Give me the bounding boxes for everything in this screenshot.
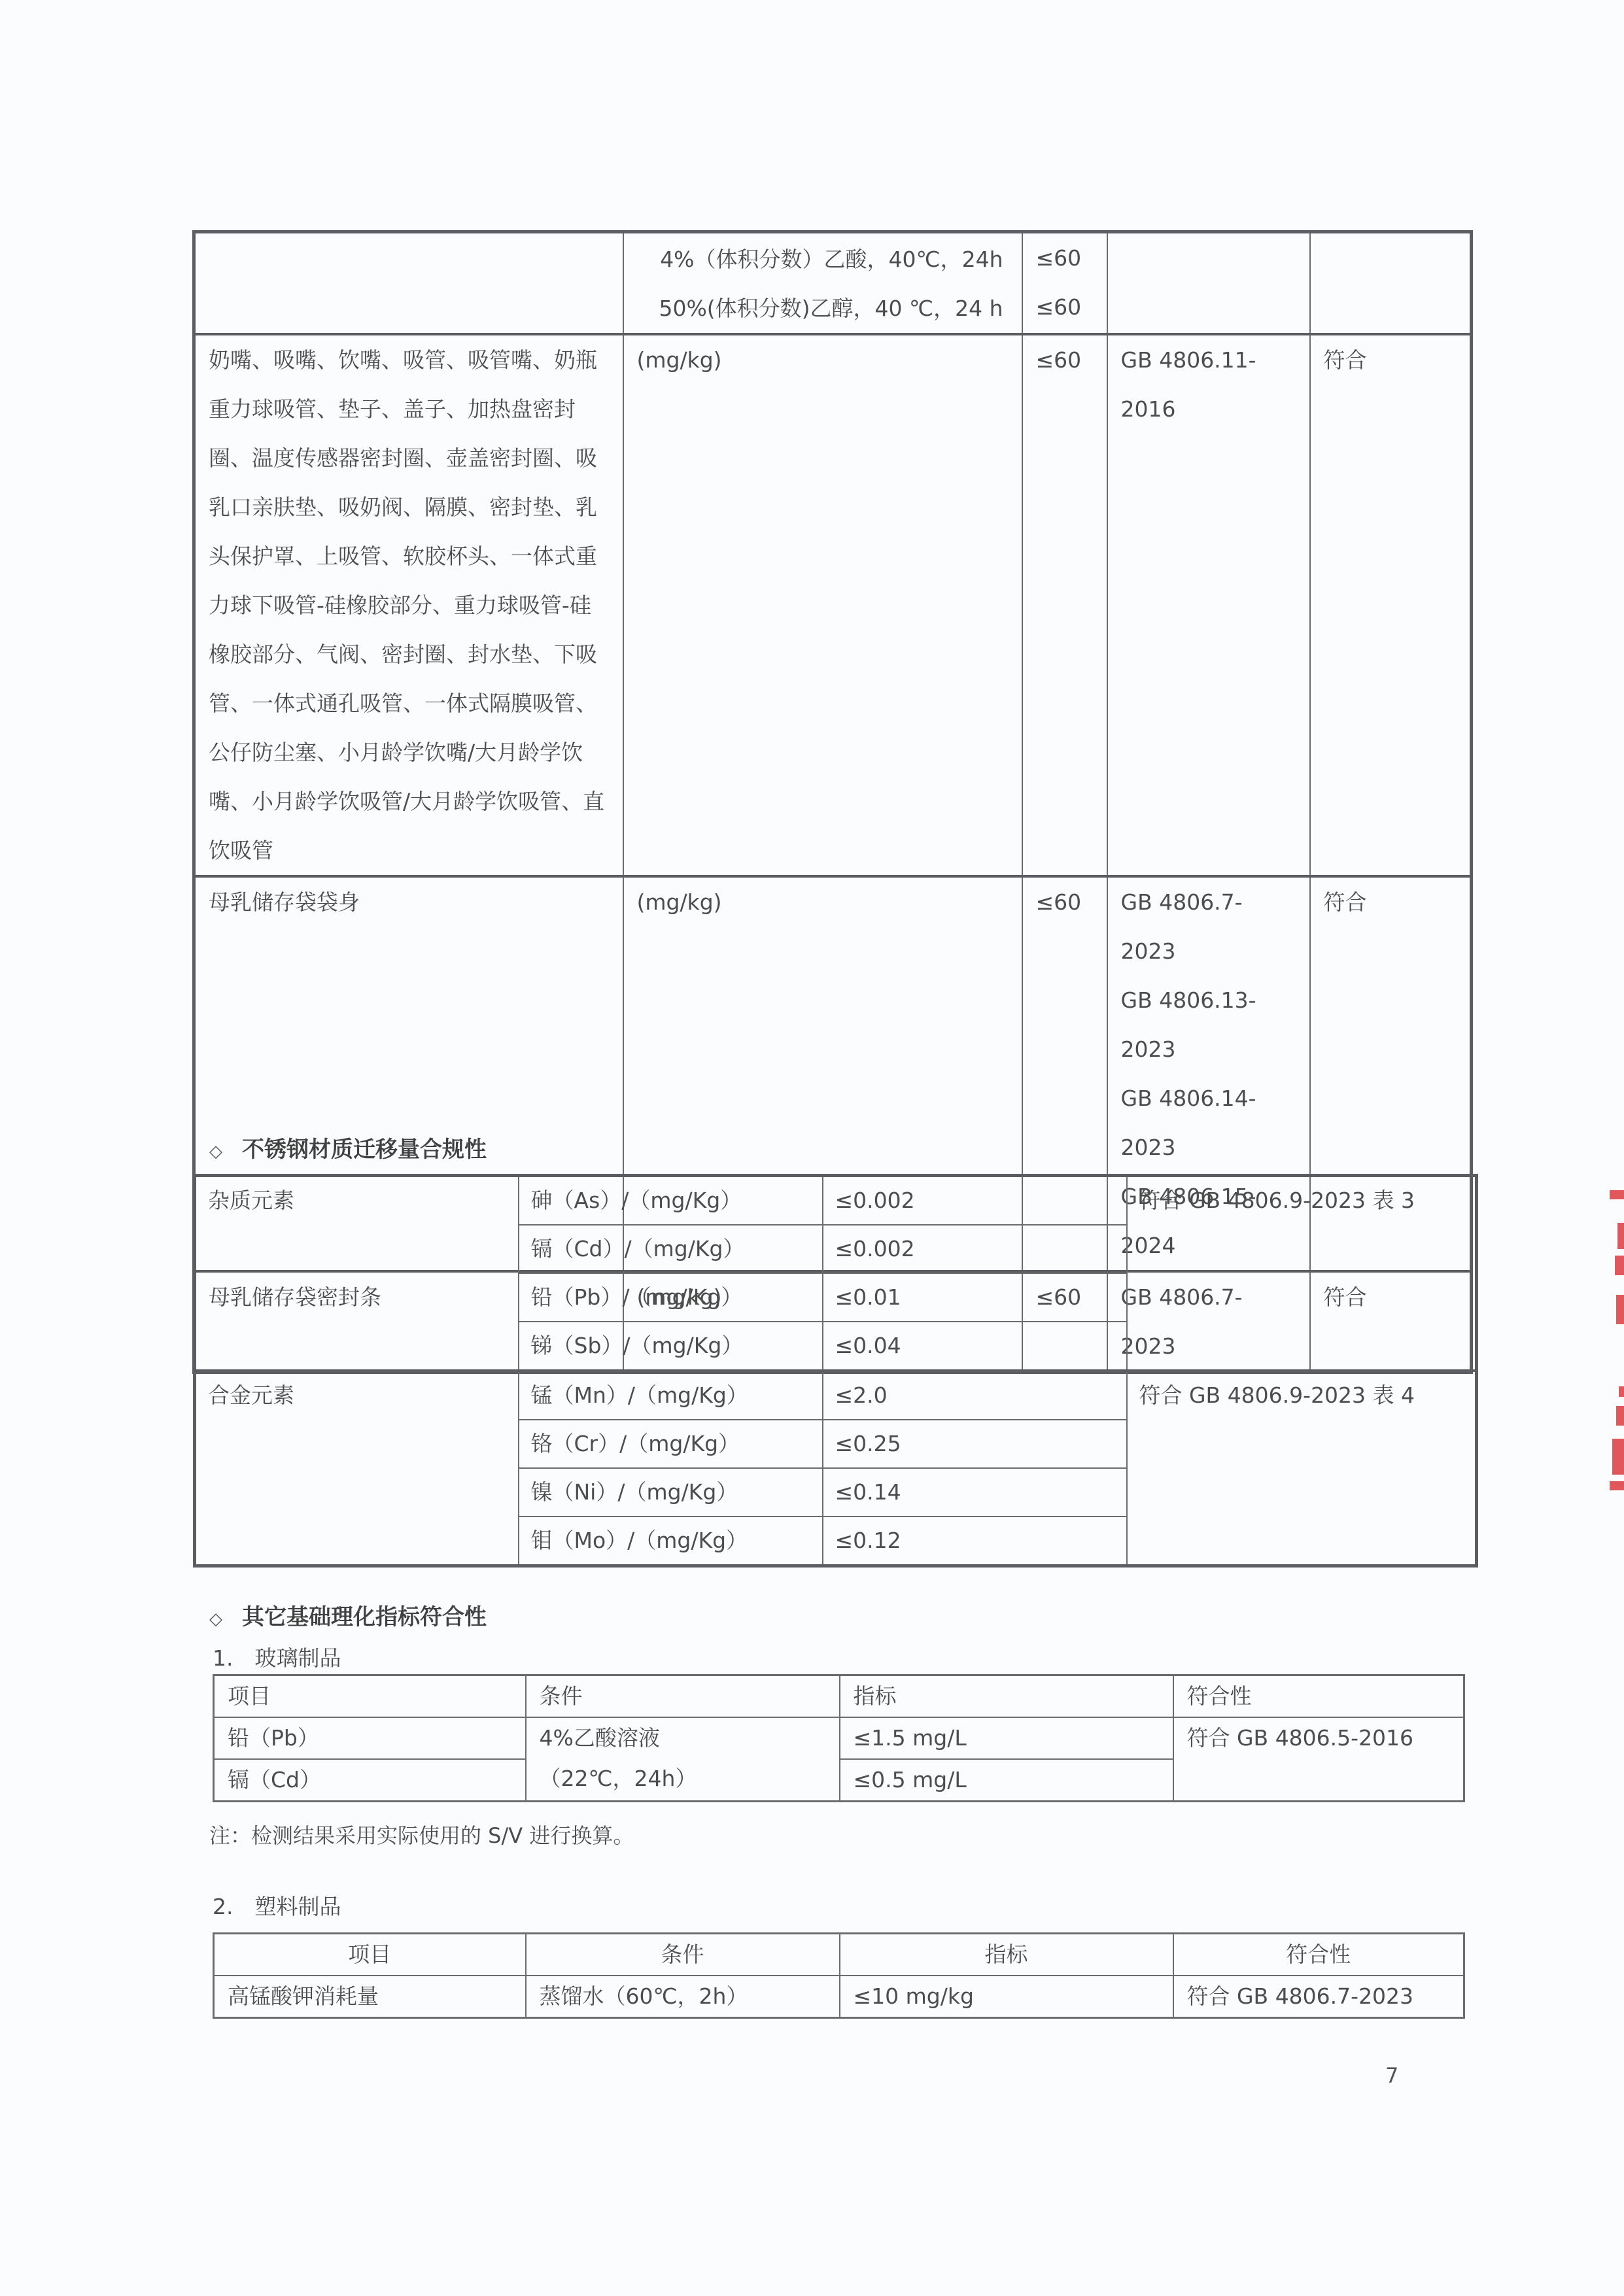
glass-table: 项目 条件 指标 符合性 铅（Pb） 4%乙酸溶液 （22℃，24h） ≤1.5… bbox=[213, 1674, 1465, 1802]
limit-cell: ≤0.12 bbox=[823, 1516, 1127, 1566]
table-row: 高锰酸钾消耗量 蒸馏水（60℃，2h） ≤10 mg/kg 符合 GB 4806… bbox=[214, 1976, 1464, 2018]
group-name-cell: 杂质元素 bbox=[195, 1176, 519, 1371]
condition-cell: 4%（体积分数）乙酸，40℃，24h 50%(体积分数)乙醇，40 ℃，24 h bbox=[623, 232, 1022, 335]
standard-cell bbox=[1107, 232, 1310, 335]
table-header-row: 项目 条件 指标 符合性 bbox=[214, 1934, 1464, 1976]
table-row: 杂质元素 砷（As）/（mg/Kg） ≤0.002 符合 GB 4806.9-2… bbox=[195, 1176, 1477, 1225]
table-row: 铅（Pb） 4%乙酸溶液 （22℃，24h） ≤1.5 mg/L 符合 GB 4… bbox=[214, 1717, 1464, 1759]
diamond-bullet-icon: ◇ bbox=[209, 1609, 222, 1629]
item-cell: 镉（Cd） bbox=[214, 1759, 526, 1802]
limit-cell: ≤0.5 mg/L bbox=[840, 1759, 1173, 1802]
diamond-bullet-icon: ◇ bbox=[209, 1142, 222, 1161]
item-cell: 奶嘴、吸嘴、饮嘴、吸管、吸管嘴、奶瓶重力球吸管、垫子、盖子、加热盘密封圈、温度传… bbox=[194, 334, 623, 876]
element-cell: 铅（Pb）/（mg/Kg） bbox=[519, 1273, 823, 1322]
limit-cell: ≤1.5 mg/L bbox=[840, 1717, 1173, 1759]
limit-cell: ≤60 ≤60 bbox=[1022, 232, 1107, 335]
compliance-cell: 符合 GB 4806.9-2023 表 3 bbox=[1127, 1176, 1477, 1371]
plastic-heading: 2. 塑料制品 bbox=[213, 1890, 341, 1921]
element-cell: 锰（Mn）/（mg/Kg） bbox=[519, 1371, 823, 1420]
element-cell: 镍（Ni）/（mg/Kg） bbox=[519, 1468, 823, 1516]
limit-cell: ≤0.002 bbox=[823, 1176, 1127, 1225]
compliance-cell: 符合 GB 4806.7-2023 bbox=[1173, 1976, 1464, 2018]
limit-cell: ≤0.04 bbox=[823, 1322, 1127, 1371]
page-number: 7 bbox=[1385, 2063, 1398, 2088]
condition-cell: (mg/kg) bbox=[623, 334, 1022, 876]
limit-cell: ≤0.01 bbox=[823, 1273, 1127, 1322]
header-condition: 条件 bbox=[526, 1675, 840, 1718]
result-cell bbox=[1310, 232, 1472, 335]
header-compliance: 符合性 bbox=[1173, 1934, 1464, 1976]
plastic-table: 项目 条件 指标 符合性 高锰酸钾消耗量 蒸馏水（60℃，2h） ≤10 mg/… bbox=[213, 1932, 1465, 2019]
compliance-cell: 符合 GB 4806.9-2023 表 4 bbox=[1127, 1371, 1477, 1566]
element-cell: 钼（Mo）/（mg/Kg） bbox=[519, 1516, 823, 1566]
header-compliance: 符合性 bbox=[1173, 1675, 1464, 1718]
other-section-heading: ◇其它基础理化指标符合性 bbox=[209, 1599, 487, 1631]
red-seal-stamp bbox=[1604, 1190, 1624, 1504]
glass-heading: 1. 玻璃制品 bbox=[213, 1641, 341, 1672]
table-header-row: 项目 条件 指标 符合性 bbox=[214, 1675, 1464, 1718]
stainless-section-heading: ◇不锈钢材质迁移量合规性 bbox=[209, 1131, 487, 1163]
limit-cell: ≤2.0 bbox=[823, 1371, 1127, 1420]
header-condition: 条件 bbox=[526, 1934, 840, 1976]
compliance-cell: 符合 GB 4806.5-2016 bbox=[1173, 1717, 1464, 1802]
item-cell: 铅（Pb） bbox=[214, 1717, 526, 1759]
table-row: 4%（体积分数）乙酸，40℃，24h 50%(体积分数)乙醇，40 ℃，24 h… bbox=[194, 232, 1472, 335]
item-cell bbox=[194, 232, 623, 335]
condition-cell: 4%乙酸溶液 （22℃，24h） bbox=[526, 1717, 840, 1802]
condition-cell: 蒸馏水（60℃，2h） bbox=[526, 1976, 840, 2018]
limit-cell: ≤0.14 bbox=[823, 1468, 1127, 1516]
table-row: 奶嘴、吸嘴、饮嘴、吸管、吸管嘴、奶瓶重力球吸管、垫子、盖子、加热盘密封圈、温度传… bbox=[194, 334, 1472, 876]
result-cell: 符合 bbox=[1310, 334, 1472, 876]
table-row: 合金元素 锰（Mn）/（mg/Kg） ≤2.0 符合 GB 4806.9-202… bbox=[195, 1371, 1477, 1420]
header-limit: 指标 bbox=[840, 1675, 1173, 1718]
header-item: 项目 bbox=[214, 1675, 526, 1718]
item-cell: 高锰酸钾消耗量 bbox=[214, 1976, 526, 2018]
element-cell: 砷（As）/（mg/Kg） bbox=[519, 1176, 823, 1225]
standard-cell: GB 4806.11-2016 bbox=[1107, 334, 1310, 876]
group-name-cell: 合金元素 bbox=[195, 1371, 519, 1566]
element-cell: 锑（Sb）/（mg/Kg） bbox=[519, 1322, 823, 1371]
element-cell: 镉（Cd）/（mg/Kg） bbox=[519, 1225, 823, 1273]
stainless-steel-table: 杂质元素 砷（As）/（mg/Kg） ≤0.002 符合 GB 4806.9-2… bbox=[193, 1174, 1478, 1568]
header-limit: 指标 bbox=[840, 1934, 1173, 1976]
glass-note: 注：检测结果采用实际使用的 S/V 进行换算。 bbox=[209, 1819, 634, 1849]
limit-cell: ≤60 bbox=[1022, 334, 1107, 876]
limit-cell: ≤0.25 bbox=[823, 1420, 1127, 1468]
header-item: 项目 bbox=[214, 1934, 526, 1976]
limit-cell: ≤10 mg/kg bbox=[840, 1976, 1173, 2018]
element-cell: 铬（Cr）/（mg/Kg） bbox=[519, 1420, 823, 1468]
limit-cell: ≤0.002 bbox=[823, 1225, 1127, 1273]
